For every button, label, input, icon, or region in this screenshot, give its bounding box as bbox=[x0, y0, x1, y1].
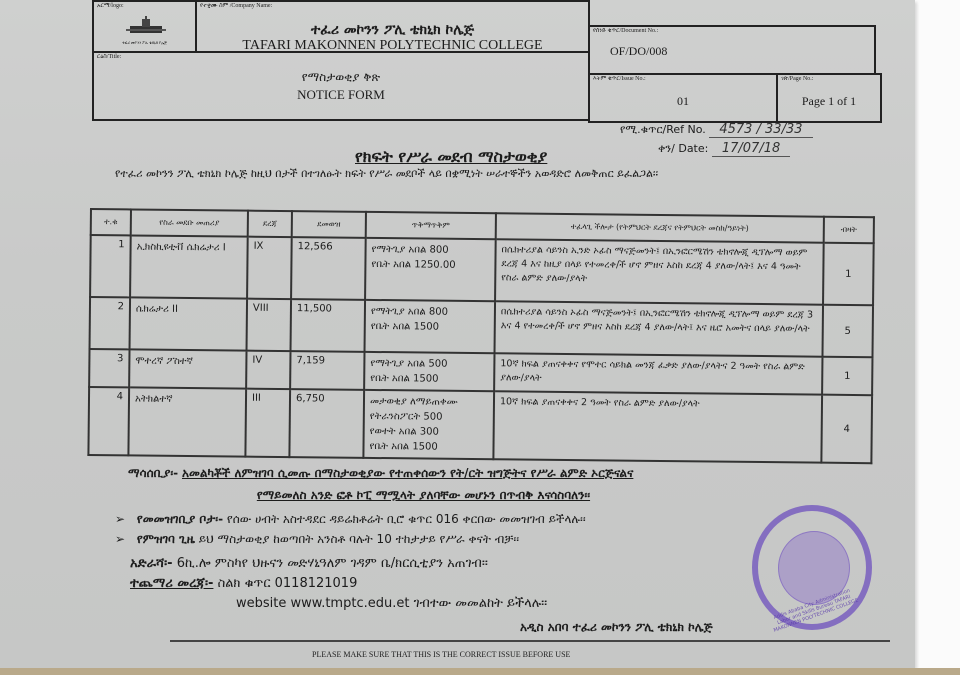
page-number: Page 1 of 1 bbox=[778, 94, 880, 109]
company-label: የተቋሙ ስም /Company Name: bbox=[200, 3, 272, 10]
issue-number-cell: እትም ቁጥር/Issue No.: 01 bbox=[588, 73, 778, 123]
job-grade: IX bbox=[247, 237, 292, 299]
benefit-item: የትራንስፖርት 500 bbox=[370, 409, 488, 425]
address: አድራሻ፡- 6ኪ.ሎ ምስካየ ህዙናን መድሃኒዓለም ገዳም ቤ/ክርሲቲ… bbox=[130, 556, 488, 571]
registration-time: ➢ የምዝገባ ጊዜ ይህ ማስታወቂያ ከወጣበት አንስቶ ባሉት 10 ተ… bbox=[115, 532, 519, 547]
job-requirement: በሴክተሪያል ሳይንስ ኦፊስ ማናጅመንት፤ በኢንፎርሜሽን ቴክኖሎጂ … bbox=[495, 301, 824, 356]
page-number-label: ገጽ/Page No.: bbox=[781, 76, 813, 83]
document-number-cell: የሰነድ ቁጥር/Document No.: OF/DO/008 bbox=[588, 25, 876, 75]
job-requirement: 10ኛ ክፍል ያጠናቀቀና 2 ዓመት የስራ ልምድ ያለው/ያላት bbox=[493, 391, 822, 462]
arrow-bullet-icon: ➢ bbox=[115, 512, 125, 526]
form-title-amharic: የማስታወቂያ ቅጽ bbox=[94, 70, 588, 85]
address-text: 6ኪ.ሎ ምስካየ ህዙናን መድሃኒዓለም ገዳም ቤ/ክርሲቲያን አጠገብ… bbox=[177, 556, 488, 571]
job-benefits: የማትጊያ አበል 800የቤት አበል 1250.00 bbox=[365, 238, 496, 301]
logo-cell: አርማ/logo: ተፈሪ መኮንን ፖሊ ቴክኒክ ኮሌጅ bbox=[92, 0, 197, 53]
job-salary: 11,500 bbox=[291, 299, 366, 352]
title-label: ርዕስ/Title: bbox=[97, 54, 121, 61]
job-title: ኢክስኪዩቲቭ ሴክሬታሪ I bbox=[130, 235, 248, 298]
issue-number: 01 bbox=[590, 94, 776, 109]
job-requirement: 10ኛ ክፍል ያጠናቀቀና የሞተር ሳይክል መንጃ ፈቃድ ያለው/ያላት… bbox=[494, 353, 822, 394]
table-row: 4አትክልተኛIII6,750መታወቂያ ለማይጠቀሙየትራንስፖርት 500የ… bbox=[88, 387, 872, 463]
job-salary: 7,159 bbox=[290, 351, 364, 390]
job-quantity: 4 bbox=[821, 395, 872, 464]
row-number: 2 bbox=[90, 297, 131, 349]
reference-number-value: 4573 / 33/33 bbox=[709, 122, 812, 138]
company-name-amharic: ተፈሪ መኮንን ፖሊ ቴክኒክ ኮሌጅ bbox=[197, 22, 588, 38]
benefit-item: መታወቂያ ለማይጠቀሙ bbox=[370, 394, 488, 410]
form-title-english: NOTICE FORM bbox=[94, 87, 588, 103]
notice-paper: አርማ/logo: ተፈሪ መኮንን ፖሊ ቴክኒክ ኮሌጅ የተቋሙ ስም /… bbox=[0, 0, 915, 668]
benefit-item: የቤት አበል 1500 bbox=[371, 319, 489, 335]
col-header-salary: ደመወዝ bbox=[292, 211, 366, 238]
footer-divider bbox=[170, 640, 890, 642]
job-benefits: የማትጊያ አበል 800የቤት አበል 1500 bbox=[365, 300, 496, 353]
benefit-item: የቤት አበል 1500 bbox=[369, 439, 487, 455]
job-benefits: የማትጊያ አበል 500የቤት አበል 1500 bbox=[364, 352, 494, 391]
vacancy-table: ተ.ቁ የስራ መደቡ መጠሪያ ደረጃ ደመወዝ ጥቅማጥቅም ተፈላጊ ችሎ… bbox=[87, 208, 875, 464]
company-cell: የተቋሙ ስም /Company Name: ተፈሪ መኮንን ፖሊ ቴክኒክ … bbox=[195, 0, 590, 53]
table-surface bbox=[0, 668, 960, 675]
col-header-title: የስራ መደቡ መጠሪያ bbox=[131, 209, 248, 236]
address-label: አድራሻ፡- bbox=[130, 556, 173, 571]
title-cell: ርዕስ/Title: የማስታወቂያ ቅጽ NOTICE FORM bbox=[92, 51, 590, 121]
job-grade: III bbox=[245, 389, 290, 457]
logo-caption: ተፈሪ መኮንን ፖሊ ቴክኒክ ኮሌጅ bbox=[94, 40, 195, 45]
reminder-text-1: አመልካቾች ለምዝገባ ሲመጡ በማስታወቂያው የተጠቀሰውን የት/ርት … bbox=[182, 466, 633, 480]
row-number: 4 bbox=[88, 387, 129, 455]
col-header-requirement: ተፈላጊ ችሎታ (የትምህርት ደረጃና የትምህርት መስክ/ዓይነት) bbox=[496, 213, 824, 242]
issue-number-label: እትም ቁጥር/Issue No.: bbox=[593, 76, 646, 83]
benefit-item: የቤት አበል 1250.00 bbox=[371, 257, 489, 273]
job-salary: 6,750 bbox=[289, 389, 364, 458]
job-quantity: 1 bbox=[822, 357, 872, 396]
col-header-number: ተ.ቁ bbox=[91, 209, 131, 235]
job-benefits: መታወቂያ ለማይጠቀሙየትራንስፖርት 500የወተት አበል 300የቤት … bbox=[363, 390, 494, 459]
col-header-grade: ደረጃ bbox=[248, 211, 292, 237]
registration-time-text: ይህ ማስታወቂያ ከወጣበት አንስቶ ባሉት 10 ተከታታይ የሥራ ቀና… bbox=[199, 532, 519, 546]
table-row: 2ሴክሬታሪ IIVIII11,500የማትጊያ አበል 800የቤት አበል … bbox=[90, 297, 874, 357]
benefit-item: የማትጊያ አበል 800 bbox=[372, 242, 490, 258]
website-line: website www.tmptc.edu.et ገብተው መመልከት ይችላሉ… bbox=[236, 596, 547, 611]
row-number: 3 bbox=[89, 349, 129, 387]
benefit-item: የማትጊያ አበል 800 bbox=[371, 304, 489, 320]
background bbox=[915, 0, 960, 675]
reference-number-line: የሚ.ቁጥር/Ref No. 4573 / 33/33 bbox=[620, 122, 813, 137]
document-number: OF/DO/008 bbox=[610, 44, 894, 59]
benefit-item: የቤት አበል 1500 bbox=[370, 371, 488, 387]
additional-info: ተጨማሪ መረጃ፡- ስልክ ቁጥር 0118121019 bbox=[130, 576, 357, 591]
table-body: 1ኢክስኪዩቲቭ ሴክሬታሪ IIX12,566የማትጊያ አበል 800የቤት… bbox=[88, 235, 873, 463]
official-stamp-icon: Addis Ababa City Administration Labor an… bbox=[752, 505, 872, 630]
reminder-label: ማሳሰቢያ፡- bbox=[128, 466, 178, 480]
job-title: ሞተረኛ ፖስተኛ bbox=[129, 349, 246, 388]
job-title: አትክልተኛ bbox=[128, 387, 246, 456]
phone-number: ስልክ ቁጥር 0118121019 bbox=[218, 576, 358, 591]
signoff: አዲስ አበባ ተፈሪ መኮንን ፖሊ ቴክኒክ ኮሌጅ bbox=[520, 620, 713, 635]
benefit-item: የወተት አበል 300 bbox=[370, 424, 488, 440]
date-label: ቀን/ Date: bbox=[658, 142, 708, 155]
col-header-benefits: ጥቅማጥቅም bbox=[366, 212, 496, 239]
col-header-quantity: ብዛት bbox=[824, 217, 874, 244]
job-title: ሴክሬታሪ II bbox=[130, 297, 248, 350]
document-number-label: የሰነድ ቁጥር/Document No.: bbox=[593, 28, 658, 35]
table-row: 1ኢክስኪዩቲቭ ሴክሬታሪ IIX12,566የማትጊያ አበል 800የቤት… bbox=[90, 235, 874, 305]
registration-place-label: የመመዝገቢያ ቦታ፡- bbox=[137, 512, 223, 526]
college-logo-icon bbox=[124, 16, 168, 38]
registration-place-text: የሰው ሀብት አስተዳደር ዳይሬክቶሬት ቢሮ ቁጥር 016 ቀርበው መ… bbox=[227, 512, 586, 526]
job-requirement: በሴክተሪያል ሳይንስ ኢንድ ኦፊስ ማናጅመንት፤ በኢንፎርሜሽን ቴክ… bbox=[495, 239, 824, 304]
notice-intro: የተፈሪ መኮንን ፖሊ ቴክኒክ ኮሌጅ ከዚህ በታች በተገለፁት ክፍት… bbox=[115, 164, 855, 184]
page-number-cell: ገጽ/Page No.: Page 1 of 1 bbox=[776, 73, 882, 123]
registration-place: ➢ የመመዝገቢያ ቦታ፡- የሰው ሀብት አስተዳደር ዳይሬክቶሬት ቢሮ… bbox=[115, 512, 586, 527]
date-value: 17/07/18 bbox=[712, 141, 790, 157]
arrow-bullet-icon: ➢ bbox=[115, 532, 125, 546]
benefit-item: የማትጊያ አበል 500 bbox=[370, 356, 488, 372]
row-number: 1 bbox=[90, 235, 131, 297]
job-salary: 12,566 bbox=[291, 237, 366, 300]
job-grade: IV bbox=[246, 351, 290, 389]
logo-label: አርማ/logo: bbox=[97, 3, 124, 10]
job-quantity: 5 bbox=[822, 305, 873, 358]
job-quantity: 1 bbox=[823, 243, 874, 306]
registration-time-label: የምዝገባ ጊዜ bbox=[137, 532, 195, 546]
date-line: ቀን/ Date: 17/07/18 bbox=[658, 141, 790, 156]
job-grade: VIII bbox=[247, 299, 292, 351]
reminder: ማሳሰቢያ፡- አመልካቾች ለምዝገባ ሲመጡ በማስታወቂያው የተጠቀሰው… bbox=[128, 462, 828, 506]
issue-warning: PLEASE MAKE SURE THAT THIS IS THE CORREC… bbox=[312, 650, 570, 659]
reference-number-label: የሚ.ቁጥር/Ref No. bbox=[620, 123, 706, 136]
reminder-text-2: የማይመለስ አንድ ፎቶ ኮፒ ማሟላት ያለባቸው መሆኑን በጥብቅ እና… bbox=[257, 488, 590, 502]
additional-info-label: ተጨማሪ መረጃ፡- bbox=[130, 576, 213, 591]
